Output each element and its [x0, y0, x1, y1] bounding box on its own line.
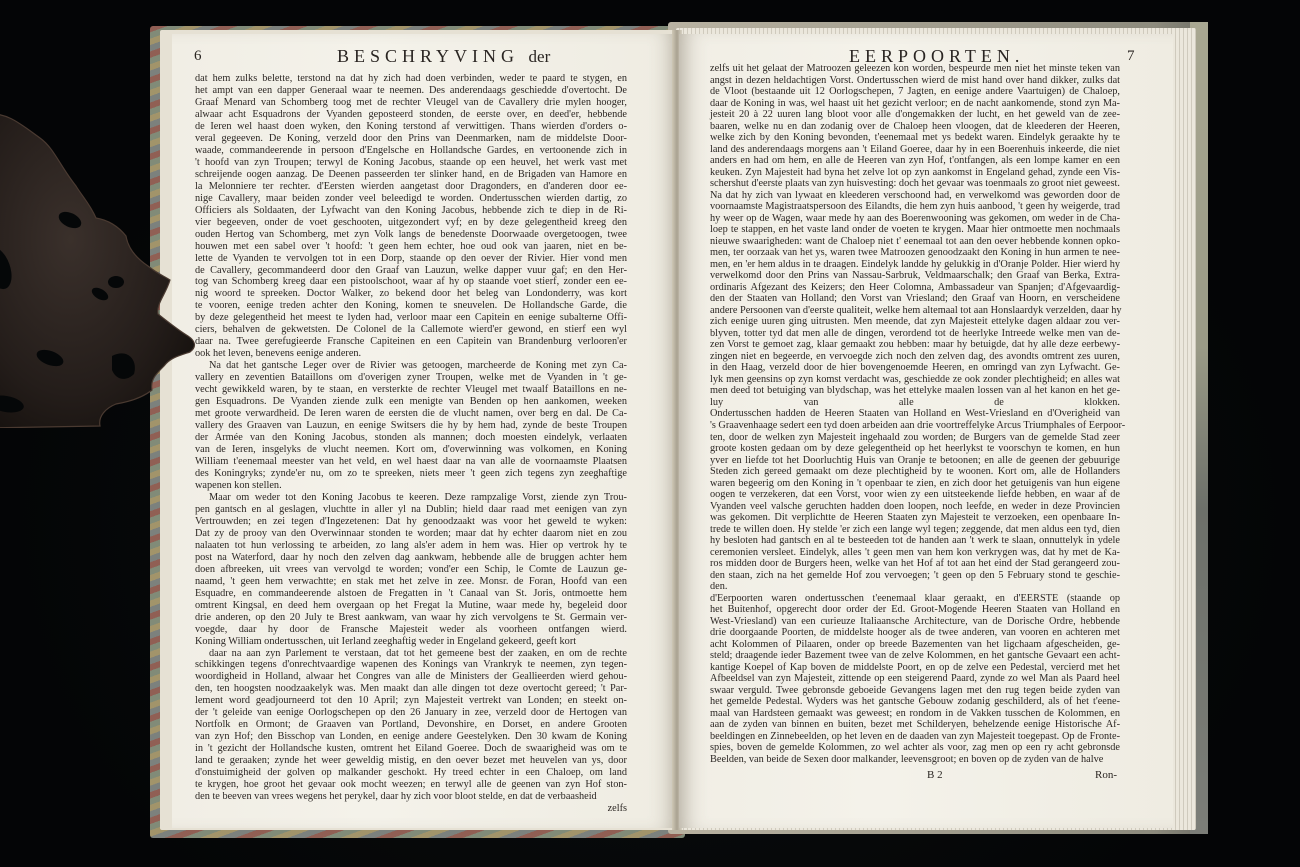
text-line: der 't geleide van eenige Oorlogschepen …: [195, 707, 627, 719]
text-line: Na dat het gantsche Leger over de Rivier…: [195, 360, 627, 372]
text-line: d'onstuimigheid der golven op malkander …: [195, 767, 627, 779]
text-line: post na Waterford, daar hy noch den zelv…: [195, 552, 627, 564]
text-line: spies, boven de gemelde Kolommen, zo wel…: [710, 742, 1120, 754]
text-line: zelfs uit het gelaat der Matroozen gelee…: [710, 63, 1120, 75]
text-line: dat hem zulks belette, terstond na dat h…: [195, 73, 627, 85]
text-line: Officiers als Soldaaten, der Lyfwacht va…: [195, 205, 627, 217]
left-body-text: dat hem zulks belette, terstond na dat h…: [195, 73, 627, 815]
text-line: het Buitenhof, opgerecht door order der …: [710, 604, 1120, 616]
text-line: hy besloten had gantsch en al te besteed…: [710, 535, 1120, 547]
text-line: zen Vorst te gemoet zag, klaar gemaakt z…: [710, 339, 1120, 351]
text-line: gen Esquadrons. De Vyanden ziende zulk e…: [195, 396, 627, 408]
text-line: het gemelde Pedestal. Wyders was het gan…: [710, 696, 1120, 708]
text-line: jesteit 20 à 22 uuren lang bloot voor al…: [710, 109, 1120, 121]
text-line: ook het leven, benevens eenige anderen.: [195, 348, 627, 360]
text-line: nige Cavallery, maar beiden zonder veel …: [195, 193, 627, 205]
text-line: hy weer op de Wagen, waar mede hy aan de…: [710, 213, 1120, 225]
text-line: men, en 'er hem aldus in te draagen. Ein…: [710, 259, 1120, 271]
text-line: verwelkomd door den Prins van Nassau-Sar…: [710, 270, 1120, 282]
text-line: welke zich by den Koning bevonden, t'een…: [710, 132, 1120, 144]
text-line: Vyanden veel valsche geruchten hadden do…: [710, 501, 1120, 513]
text-line: der Armée van den Koning Jacobus, stonde…: [195, 432, 627, 444]
text-line: des Koningryks; zynde'er nu, om zo te sp…: [195, 468, 627, 480]
text-line: de Vloot (bestaande uit 12 Oorlogschepen…: [710, 86, 1120, 98]
page-number-left: 6: [194, 48, 202, 65]
text-line: wapenen kon stellen.: [195, 480, 627, 492]
text-line: in den Haag, verzeld door de hier boveng…: [710, 362, 1120, 374]
text-line: blyven, totter tyd dat men alle de dinge…: [710, 328, 1120, 340]
text-line: waade, commandeerende in persoon d'Engel…: [195, 145, 627, 157]
text-line: met groote verwardheid. De Ieren waren d…: [195, 408, 627, 420]
text-line: Maar om weder tot den Koning Jacobus te …: [195, 492, 627, 504]
text-line: veral gegeeven. De Koning, verzeld door …: [195, 133, 627, 145]
text-line: angst in dezen heldachtigen Vorst. Onder…: [710, 75, 1120, 87]
text-line: te vooren, eenige treden achter den Koni…: [195, 300, 627, 312]
text-line: van zyn Hof; den Bisschop van Londen, en…: [195, 731, 627, 743]
text-line: aan de zyden van binnen en buiten, bezet…: [710, 719, 1120, 731]
text-line: beeldingen en Zinnebeelden, op het leven…: [710, 731, 1120, 743]
text-line: ouden Hertog van Schomberg, met zyn Volk…: [195, 229, 627, 241]
photo-scene: 6 BESCHRYVING der dat hem zulks belette,…: [0, 0, 1300, 867]
text-line: drie anderen, op den 20 July te Brest aa…: [195, 612, 627, 624]
text-line: la Melonniere ter rechter. d'Eersten wie…: [195, 181, 627, 193]
text-line: by deze gelegentheid het meest te lyden …: [195, 312, 627, 324]
text-line: oogen te verzekeren, dat een Vorst, voor…: [710, 489, 1120, 501]
text-line: nieuwe swaarigheden: want de Chaloep nie…: [710, 236, 1120, 248]
text-line: zich eenige uuren ging uitrusten. Men me…: [710, 316, 1120, 328]
text-line: lement word geadjourneerd tot den 10 Apr…: [195, 695, 627, 707]
text-line: trede te willen doen. Hy stelde 'er zich…: [710, 524, 1120, 536]
text-line: men deed tot betuiging van blydschap, wa…: [710, 385, 1120, 397]
text-line: den staan, zich na het gemelde Hof zou v…: [710, 570, 1120, 582]
text-line: baaren, welke nu en dan zodanig over de …: [710, 121, 1120, 133]
text-line: Nortfolk en Ormont; de Graaven van Portl…: [195, 719, 627, 731]
text-line: Esquadre, en commandeerende alstoen de F…: [195, 588, 627, 600]
right-body-text: zelfs uit het gelaat der Matroozen gelee…: [710, 63, 1120, 765]
running-head-left: BESCHRYVING der: [337, 46, 550, 67]
text-line: Vertrouwden; en zei tegen d'Ingezetenen:…: [195, 516, 627, 528]
text-line: Dat zy de prooy van den Overwinnaar ston…: [195, 528, 627, 540]
text-line: ros midden door de Burgers heen, welke v…: [710, 558, 1120, 570]
text-line: den.: [710, 581, 1120, 593]
text-line: d'Eerpoorten waren ondertusschen t'eenem…: [710, 593, 1120, 605]
text-line: steld; draagende ieder Bazement twee van…: [710, 650, 1120, 662]
metal-leaf-clasp-icon: [0, 108, 208, 428]
signature-mark: B 2: [927, 769, 943, 781]
text-line: den te beeven van vrees wegens het peryk…: [195, 791, 627, 803]
text-line: luy van alle de klokken.: [710, 397, 1120, 409]
text-line: schreijende oogen aanzag. De Deenen pass…: [195, 169, 627, 181]
text-line: schershut d'eerste plaats van zyn huisve…: [710, 178, 1120, 190]
catchword-left: zelfs: [195, 803, 627, 815]
page-number-right: 7: [1127, 48, 1135, 65]
running-head-suffix: der: [529, 47, 551, 66]
text-line: men, ter oorzaak van het ys, waren twee …: [710, 247, 1120, 259]
text-line: omtrent Kingsal, en deed hem overgaan op…: [195, 600, 627, 612]
text-line: lette de Vyanden te vervolgen tot in een…: [195, 253, 627, 265]
text-line: doen afbreeken, uit vrees van vervolgd t…: [195, 564, 627, 576]
text-line: West-Vriesland) van een curieuze Italiaa…: [710, 616, 1120, 628]
catchword-right: Ron-: [1095, 769, 1117, 781]
text-line: was gekomen. Dit verplichtte de Heeren S…: [710, 512, 1120, 524]
text-line: andere Persoonen van d'eerste qualiteit,…: [710, 305, 1120, 317]
text-line: voornaamste Magistraatspersoon des Eilan…: [710, 201, 1120, 213]
text-line: van de Ieren, insgelyks de vlucht neemen…: [195, 444, 627, 456]
text-line: de Cavallery, gecommandeerd door den Gra…: [195, 265, 627, 277]
text-line: den der Staaten van Holland; den Vorst v…: [710, 293, 1120, 305]
text-line: pen gantsch en al geslagen, vluchtte in …: [195, 504, 627, 516]
text-line: nig woord te spreeken. Doctor Walker, zo…: [195, 288, 627, 300]
text-line: Na dat hy zich van lywaat en kleederen v…: [710, 190, 1120, 202]
text-line: alwaar acht Esquadrons der Vyanden gepos…: [195, 109, 627, 121]
text-line: naamd, 't geen hem verwachtte; en stak m…: [195, 576, 627, 588]
text-line: 's Graavenhaage sedert een tyd doen arbe…: [710, 420, 1120, 432]
text-line: kantige Koepel of Kap boven de middelste…: [710, 662, 1120, 674]
text-line: Graaf Menard van Schomberg toog met de r…: [195, 97, 627, 109]
text-line: ten, door de welken zyn Majesteit ingeha…: [710, 432, 1120, 444]
text-line: tog van Schomberg kreeg daar een pistool…: [195, 276, 627, 288]
text-line: land des anderendaags morgens aan 't Eil…: [710, 144, 1120, 156]
text-line: het ampt van een dapper Generaal waar te…: [195, 85, 627, 97]
text-line: houwen met een sabel over 't hoofd: 't g…: [195, 241, 627, 253]
text-line: 't hoofd van zyn Troupen; terwyl de Koni…: [195, 157, 627, 169]
running-head-title: BESCHRYVING: [337, 46, 519, 66]
text-line: vallery des Graaven van Lauzun, en eenig…: [195, 420, 627, 432]
text-line: den, ten hoogsten noodzaakelyk was. Men …: [195, 683, 627, 695]
text-line: lyk men geensins op zyn komst verdacht w…: [710, 374, 1120, 386]
text-line: vallery en zeventien Bataillons om d'ove…: [195, 372, 627, 384]
text-line: nalaaten tot hun verlossing te arbeiden,…: [195, 540, 627, 552]
text-line: William t'eenemaal meester van het veld,…: [195, 456, 627, 468]
text-line: groote kosten gedaan om by deze gelegent…: [710, 443, 1120, 455]
text-line: swaar verguld. Twee gebronsde geboeide G…: [710, 685, 1120, 697]
text-line: vier begeeven, onder de voet geschooten,…: [195, 217, 627, 229]
text-line: in 't gezicht der Hollandsche kusten, om…: [195, 743, 627, 755]
text-line: Afbeeldsel van zyn Majesteit, zittende o…: [710, 673, 1120, 685]
text-line: land te geraaken; zynde het weer geweldi…: [195, 755, 627, 767]
text-line: waren begeerig om den Koning in 't openb…: [710, 478, 1120, 490]
text-line: de Ieren wel haast doen wyken, den Konin…: [195, 121, 627, 133]
text-line: ceremonien versleet. Eindelyk, alles 't …: [710, 547, 1120, 559]
text-line: acht Kolommen of Pilaaren, onder op bree…: [710, 639, 1120, 651]
text-line: vecht gewikkeld waren, by te staan, en v…: [195, 384, 627, 396]
text-line: loep te stappen, en het vaste land onder…: [710, 224, 1120, 236]
text-line: ciers, behalven de gekwetsten. De Colone…: [195, 324, 627, 336]
text-line: zingen niet en begeerde, en vervoegde zi…: [710, 351, 1120, 363]
text-line: schikkingen tegens d'onrechtvaardige wap…: [195, 659, 627, 671]
text-line: keuken. Zyn Majesteit had byna het zelve…: [710, 167, 1120, 179]
right-page: EERPOORTEN. 7 zelfs uit het gelaat der M…: [679, 34, 1173, 828]
text-line: daar na. Twee gerefugieerde Fransche Cap…: [195, 336, 627, 348]
text-line: anders en had om hem, en alle de Heeren …: [710, 155, 1120, 167]
text-line: te krygen, hoe groot het gevaar ook moch…: [195, 779, 627, 791]
text-line: Beelden, van beide de Sexen door malkand…: [710, 754, 1120, 766]
text-line: voegde, daar hy door de Fransche Majeste…: [195, 624, 627, 636]
text-line: woordigheid in Holland, alwaar het Congr…: [195, 671, 627, 683]
text-line: Koning William ondertusschen, uit Ierlan…: [195, 636, 627, 648]
text-line: daar de Koning in was, wel haast uit het…: [710, 98, 1120, 110]
text-line: daar na aan zyn Parlement te verstaan, d…: [195, 648, 627, 660]
text-line: Steden zich gereed gemaakt om deze plech…: [710, 466, 1120, 478]
text-line: yver en liefde tot het Doorluchtig Huis …: [710, 455, 1120, 467]
text-line: maal van Hardsteen gemaakt was geweest; …: [710, 708, 1120, 720]
left-page: 6 BESCHRYVING der dat hem zulks belette,…: [172, 34, 677, 828]
text-line: drie doorgaande Poorten, de middelste ho…: [710, 627, 1120, 639]
text-line: Ondertusschen hadden de Heeren Staaten v…: [710, 408, 1120, 420]
text-line: ordinaris Afgezant des Keizers; den Heer…: [710, 282, 1120, 294]
